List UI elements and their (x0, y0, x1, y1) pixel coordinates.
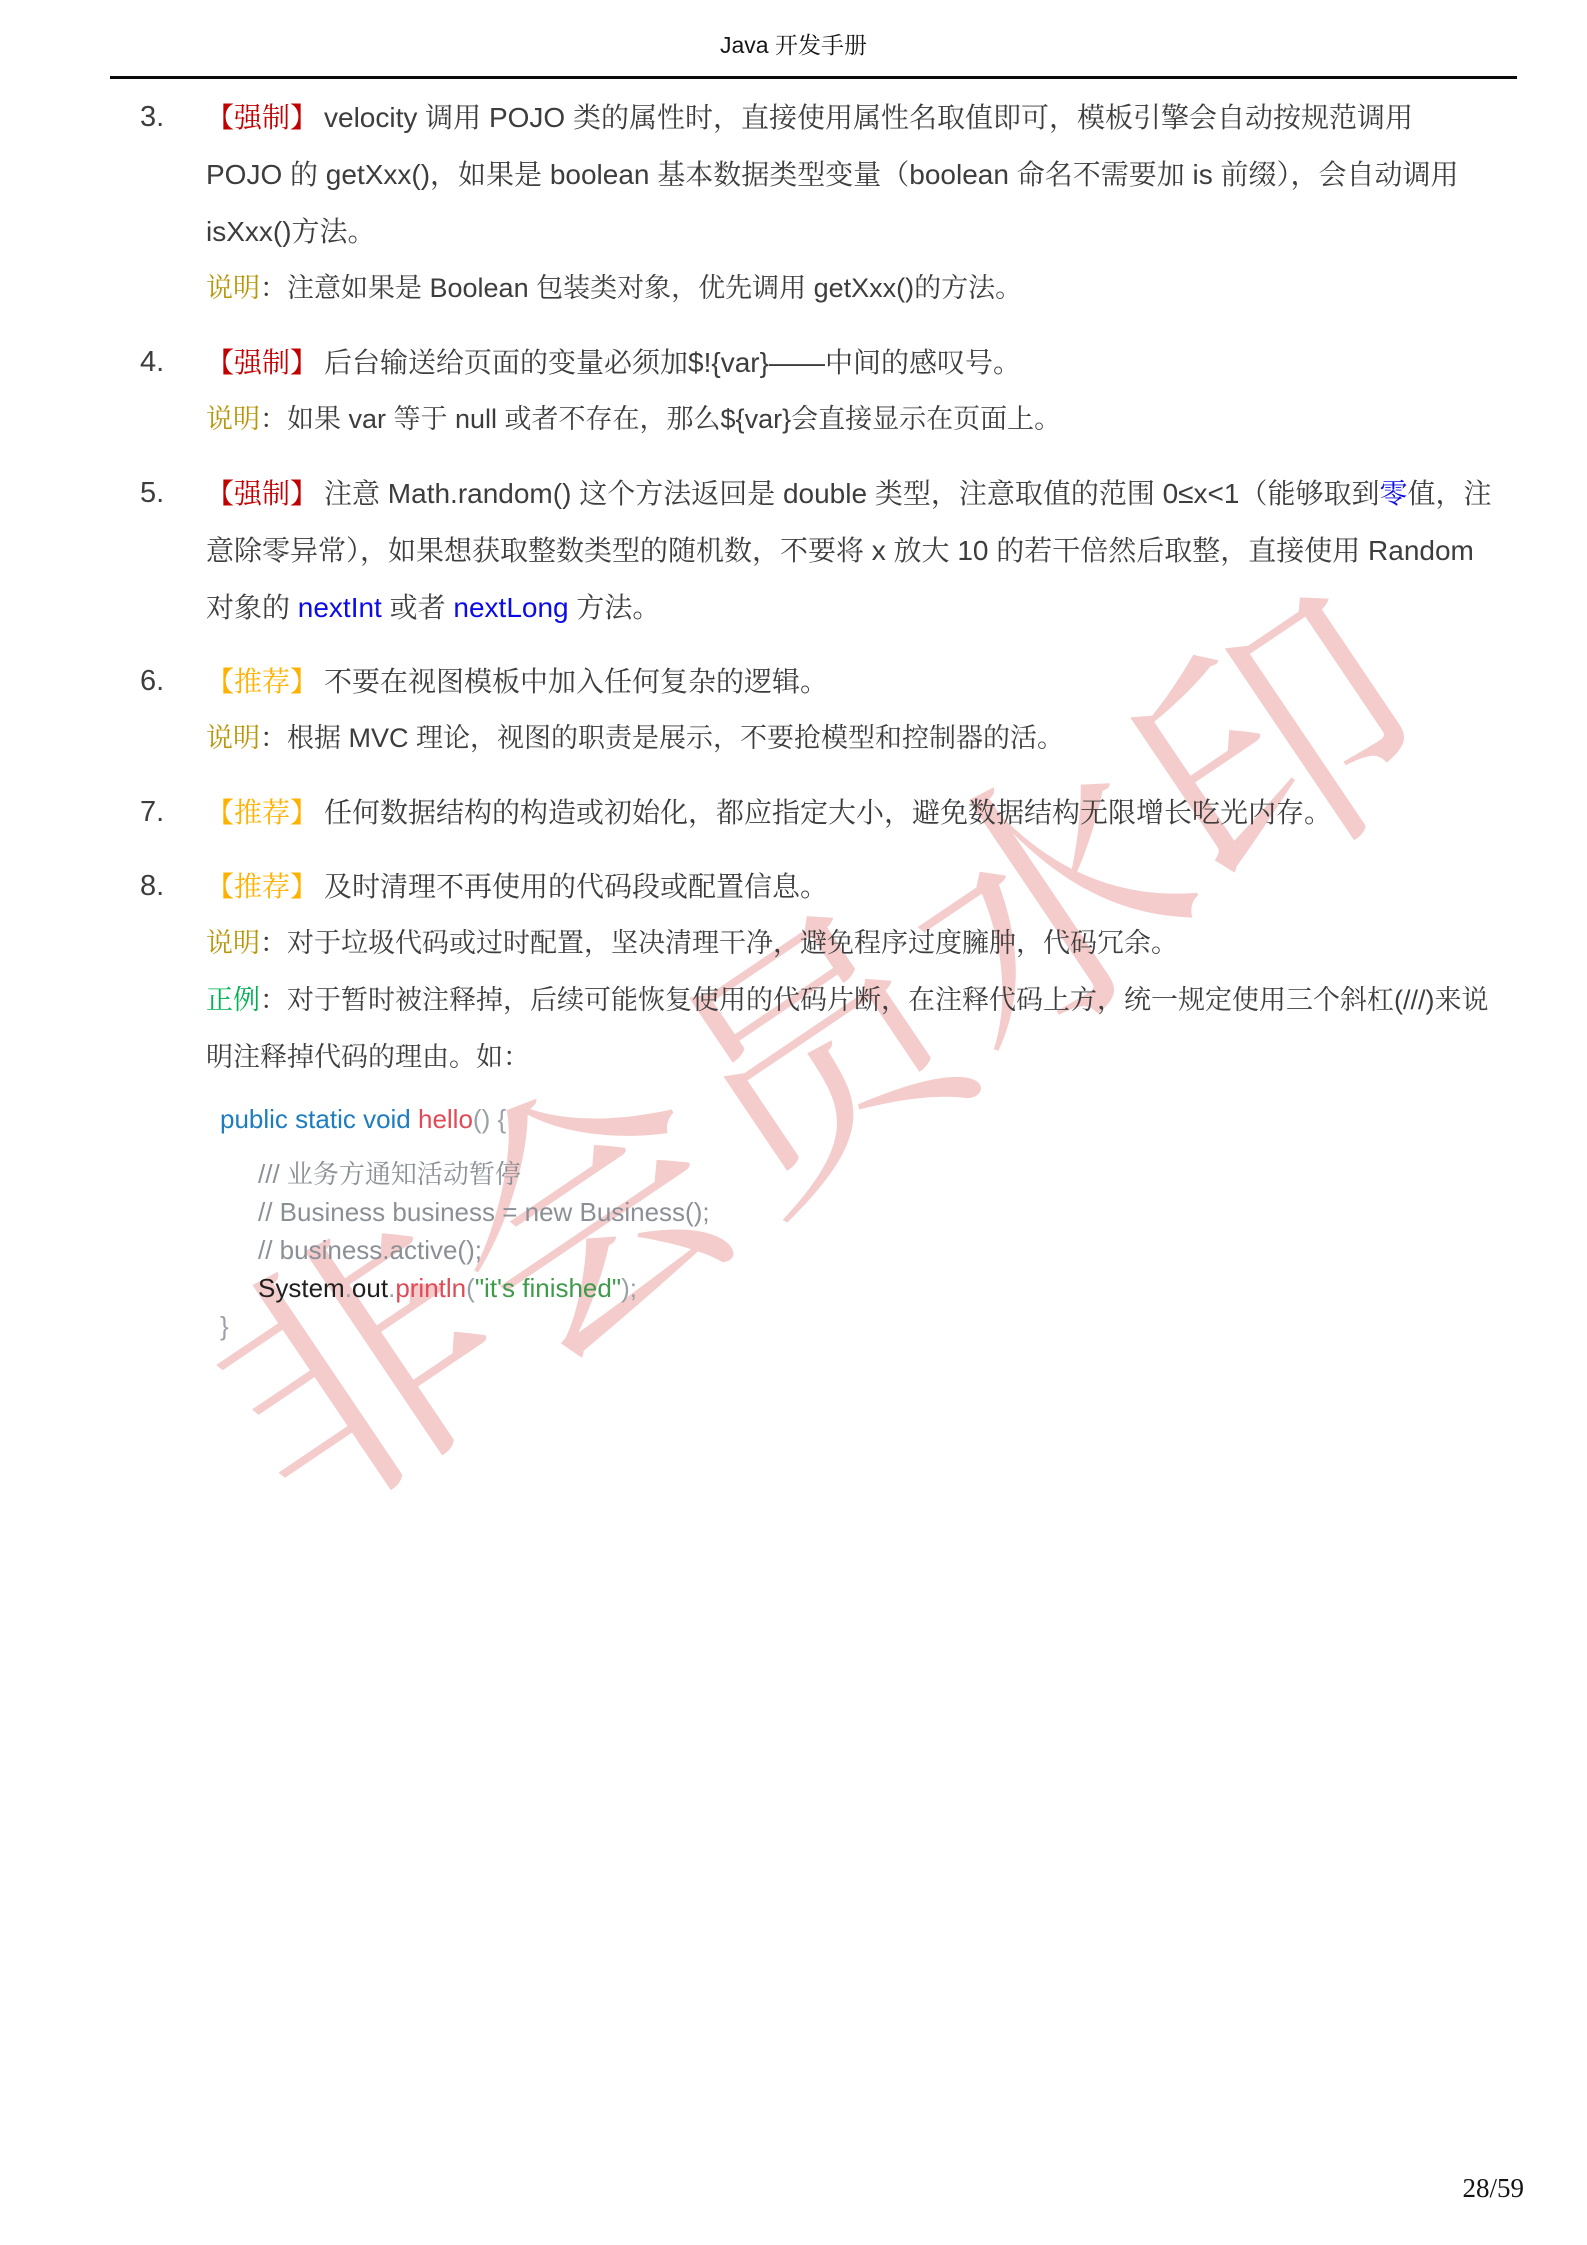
rule-item: 6.【推荐】不要在视图模板中加入任何复杂的逻辑。说明：根据 MVC 理论，视图的… (140, 653, 1496, 767)
rule-item: 8.【推荐】及时清理不再使用的代码段或配置信息。说明：对于垃圾代码或过时配置，坚… (140, 858, 1496, 1086)
rule-body: 【强制】注意 Math.random() 这个方法返回是 double 类型，注… (206, 465, 1496, 636)
code-block: public static void hello() {/// 业务方通知活动暂… (220, 1100, 1496, 1345)
note-label: 说明 (206, 928, 260, 958)
text-segment: ：注意如果是 Boolean 包装类对象，优先调用 getXxx()的方法。 (260, 273, 1022, 303)
code-line: // business.active(); (220, 1231, 1496, 1269)
code-token-fn: println (395, 1273, 466, 1303)
page-header-title: Java 开发手册 (0, 27, 1587, 60)
code-line: /// 业务方通知活动暂停 (220, 1155, 1496, 1193)
header-divider (110, 76, 1517, 79)
text-segment: ：如果 var 等于 null 或者不存在，那么${var}会直接显示在页面上。 (260, 404, 1061, 434)
rule-number: 8. (140, 858, 206, 1086)
rule-text: 【强制】注意 Math.random() 这个方法返回是 double 类型，注… (206, 465, 1496, 636)
rule-item: 4.【强制】后台输送给页面的变量必须加$!{var}——中间的感叹号。说明：如果… (140, 334, 1496, 448)
rule-number: 4. (140, 334, 206, 448)
code-token-cm: // Business business = new Business(); (258, 1197, 710, 1227)
rule-item: 3.【强制】velocity 调用 POJO 类的属性时，直接使用属性名取值即可… (140, 89, 1496, 317)
code-token-kw: public static void (220, 1104, 418, 1134)
text-segment: ：对于垃圾代码或过时配置，坚决清理干净，避免程序过度臃肿，代码冗余。 (260, 928, 1178, 958)
rule-text: 【强制】后台输送给页面的变量必须加$!{var}——中间的感叹号。 (206, 334, 1496, 391)
rule-tag: 【强制】 (206, 102, 318, 133)
rule-number: 7. (140, 784, 206, 841)
rule-note: 说明：根据 MVC 理论，视图的职责是展示，不要抢模型和控制器的活。 (206, 710, 1496, 767)
code-token-pn: } (220, 1311, 229, 1341)
rules-list: 3.【强制】velocity 调用 POJO 类的属性时，直接使用属性名取值即可… (140, 89, 1496, 1086)
main-content: 3.【强制】velocity 调用 POJO 类的属性时，直接使用属性名取值即可… (140, 89, 1496, 1345)
code-line: // Business business = new Business(); (220, 1193, 1496, 1231)
rule-note: 说明：对于垃圾代码或过时配置，坚决清理干净，避免程序过度臃肿，代码冗余。 (206, 915, 1496, 972)
rule-text: 【推荐】及时清理不再使用的代码段或配置信息。 (206, 858, 1496, 915)
text-segment: 任何数据结构的构造或初始化，都应指定大小，避免数据结构无限增长吃光内存。 (324, 797, 1332, 828)
rule-text: 【推荐】不要在视图模板中加入任何复杂的逻辑。 (206, 653, 1496, 710)
note-label: 说明 (206, 404, 260, 434)
rule-body: 【推荐】不要在视图模板中加入任何复杂的逻辑。说明：根据 MVC 理论，视图的职责… (206, 653, 1496, 767)
text-segment: 及时清理不再使用的代码段或配置信息。 (324, 871, 828, 902)
rule-item: 5.【强制】注意 Math.random() 这个方法返回是 double 类型… (140, 465, 1496, 636)
rule-tag: 【推荐】 (206, 797, 318, 828)
rule-body: 【推荐】任何数据结构的构造或初始化，都应指定大小，避免数据结构无限增长吃光内存。 (206, 784, 1496, 841)
rule-tag: 【推荐】 (206, 871, 318, 902)
link-term[interactable]: nextInt (298, 592, 382, 623)
text-segment: velocity 调用 POJO 类的属性时，直接使用属性名取值即可，模板引擎会… (206, 102, 1458, 247)
note-label: 正例 (206, 985, 260, 1015)
rule-tag: 【推荐】 (206, 666, 318, 697)
link-term[interactable]: 零 (1379, 478, 1407, 509)
rule-tag: 【强制】 (206, 478, 318, 509)
text-segment: 后台输送给页面的变量必须加$!{var}——中间的感叹号。 (324, 347, 1021, 378)
rule-body: 【推荐】及时清理不再使用的代码段或配置信息。说明：对于垃圾代码或过时配置，坚决清… (206, 858, 1496, 1086)
code-token-id: System (258, 1273, 345, 1303)
rule-note: 说明：注意如果是 Boolean 包装类对象，优先调用 getXxx()的方法。 (206, 260, 1496, 317)
note-label: 说明 (206, 273, 260, 303)
code-token-str: "it's finished" (475, 1273, 621, 1303)
code-token-pn: ( (466, 1273, 475, 1303)
text-segment: ：根据 MVC 理论，视图的职责是展示，不要抢模型和控制器的活。 (260, 723, 1064, 753)
code-token-pn: ) (621, 1273, 630, 1303)
code-line: System.out.println("it's finished"); (220, 1269, 1496, 1307)
text-segment: 不要在视图模板中加入任何复杂的逻辑。 (324, 666, 828, 697)
code-token-cm: // business.active(); (258, 1235, 482, 1265)
code-token-fn: hello (418, 1104, 473, 1134)
text-segment: 注意 Math.random() 这个方法返回是 double 类型，注意取值的… (324, 478, 1379, 509)
code-token-pn: . (345, 1273, 352, 1303)
rule-text: 【强制】velocity 调用 POJO 类的属性时，直接使用属性名取值即可，模… (206, 89, 1496, 260)
rule-body: 【强制】velocity 调用 POJO 类的属性时，直接使用属性名取值即可，模… (206, 89, 1496, 317)
note-label: 说明 (206, 723, 260, 753)
text-segment: ：对于暂时被注释掉，后续可能恢复使用的代码片断，在注释代码上方，统一规定使用三个… (206, 985, 1489, 1072)
rule-body: 【强制】后台输送给页面的变量必须加$!{var}——中间的感叹号。说明：如果 v… (206, 334, 1496, 448)
text-segment: 方法。 (569, 592, 661, 623)
rule-tag: 【强制】 (206, 347, 318, 378)
code-token-id: out (352, 1273, 388, 1303)
code-token-cm: /// 业务方通知活动暂停 (258, 1159, 521, 1189)
code-token-pn: ; (630, 1273, 637, 1303)
code-token-pn: () { (473, 1104, 506, 1134)
rule-item: 7.【推荐】任何数据结构的构造或初始化，都应指定大小，避免数据结构无限增长吃光内… (140, 784, 1496, 841)
rule-text: 【推荐】任何数据结构的构造或初始化，都应指定大小，避免数据结构无限增长吃光内存。 (206, 784, 1496, 841)
code-line: } (220, 1307, 1496, 1345)
rule-number: 5. (140, 465, 206, 636)
link-term[interactable]: nextLong (453, 592, 568, 623)
rule-number: 3. (140, 89, 206, 317)
text-segment: 或者 (382, 592, 454, 623)
page-number: 28/59 (1462, 2173, 1524, 2204)
rule-note: 正例：对于暂时被注释掉，后续可能恢复使用的代码片断，在注释代码上方，统一规定使用… (206, 972, 1496, 1086)
code-line: public static void hello() { (220, 1100, 1496, 1138)
rule-number: 6. (140, 653, 206, 767)
rule-note: 说明：如果 var 等于 null 或者不存在，那么${var}会直接显示在页面… (206, 391, 1496, 448)
